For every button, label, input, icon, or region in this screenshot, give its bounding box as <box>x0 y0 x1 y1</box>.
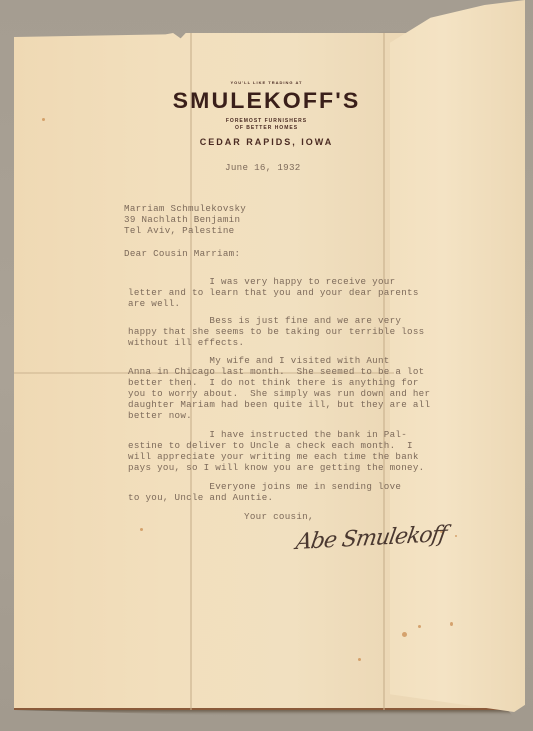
letter-paragraph: My wife and I visited with Aunt Anna in … <box>128 355 430 421</box>
age-spot <box>450 622 453 626</box>
letterhead-company-name: SMULEKOFF'S <box>0 88 533 114</box>
recipient-name: Marriam Schmulekovsky <box>124 203 246 214</box>
age-spot <box>402 632 407 637</box>
recipient-city: Tel Aviv, Palestine <box>124 225 234 236</box>
letter-paragraph: Everyone joins me in sending love to you… <box>128 481 401 503</box>
age-spot <box>418 625 421 628</box>
age-spot <box>358 658 361 661</box>
age-spot <box>140 528 143 531</box>
closing: Your cousin, <box>244 511 314 522</box>
letter-paragraph: I have instructed the bank in Pal- estin… <box>128 429 424 473</box>
letterhead-city: CEDAR RAPIDS, IOWA <box>0 137 533 147</box>
letter-date: June 16, 1932 <box>225 162 301 173</box>
recipient-address: Marriam Schmulekovsky 39 Nachlath Benjam… <box>124 203 246 236</box>
salutation: Dear Cousin Marriam: <box>124 248 240 259</box>
letter-paragraph: Bess is just fine and we are very happy … <box>128 315 424 348</box>
age-spot <box>455 535 457 537</box>
letterhead-subtitle: OF BETTER HOMES <box>0 125 533 131</box>
recipient-street: 39 Nachlath Benjamin <box>124 214 240 225</box>
letterhead-tagline: YOU'LL LIKE TRADING AT <box>0 80 533 85</box>
letterhead-subtitle: FOREMOST FURNISHERS <box>0 118 533 124</box>
letter-paragraph: I was very happy to receive your letter … <box>128 276 419 309</box>
